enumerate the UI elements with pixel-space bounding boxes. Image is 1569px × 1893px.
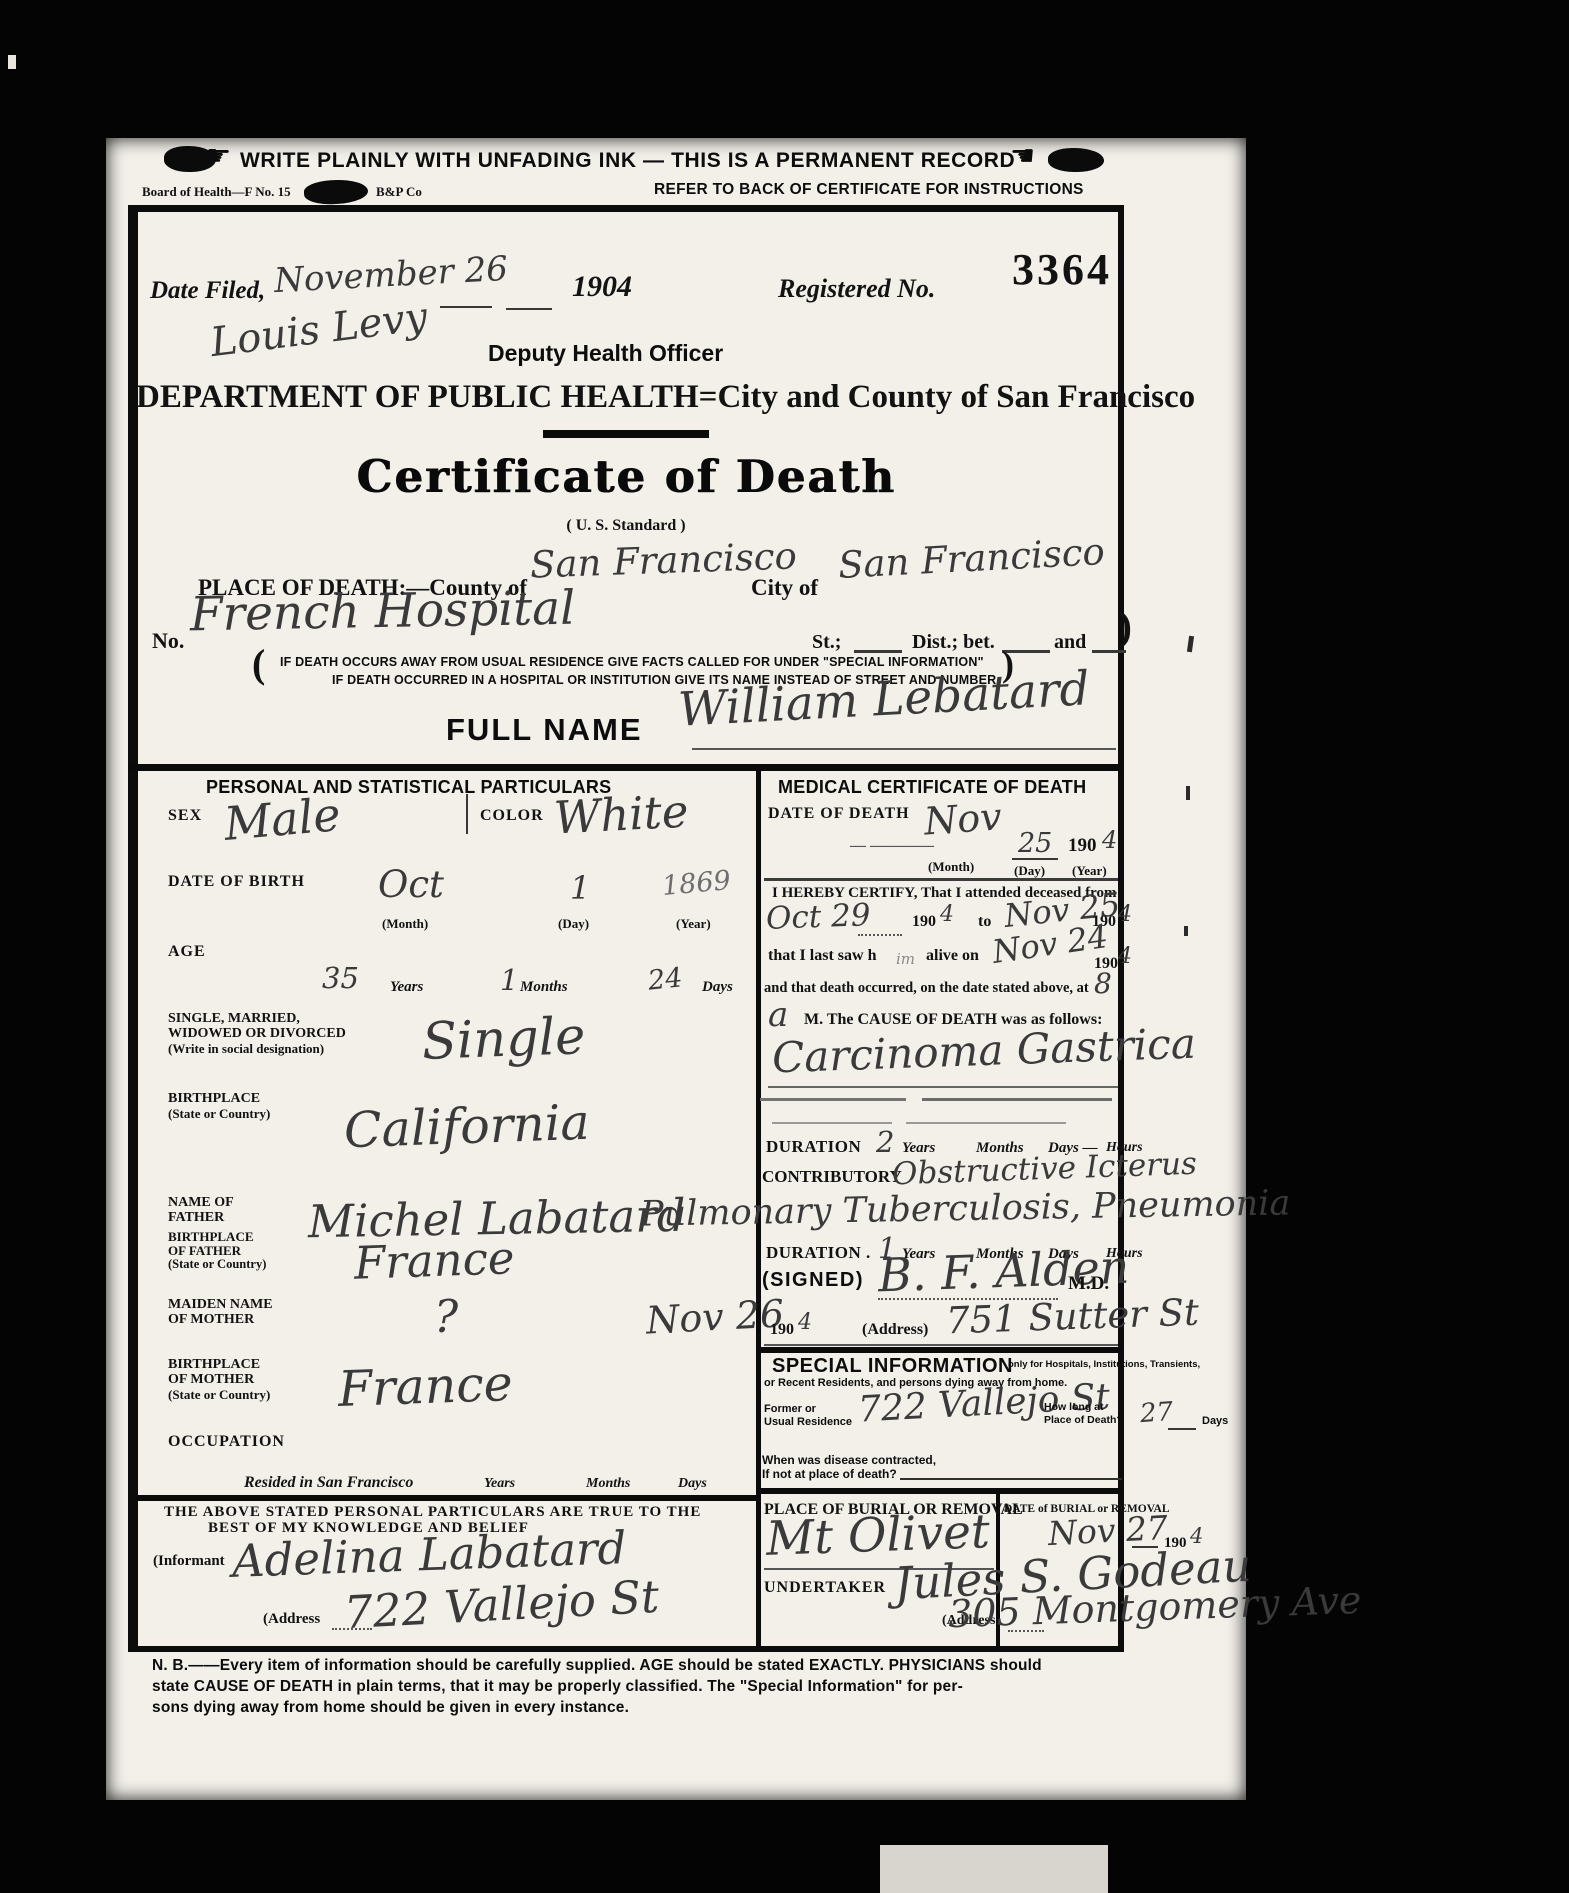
scan-speck bbox=[1184, 926, 1188, 936]
informant-address-label: (Address bbox=[263, 1612, 320, 1627]
printer-stamp bbox=[303, 178, 368, 205]
last-saw-him: im bbox=[896, 952, 915, 967]
father-birthplace-label-1: BIRTHPLACE bbox=[168, 1230, 254, 1243]
sex-value: Male bbox=[222, 791, 342, 847]
informant-label: (Informant bbox=[153, 1554, 225, 1569]
paren-open-note: ( bbox=[252, 644, 265, 684]
last-saw-year-digit: 4 bbox=[1118, 946, 1132, 968]
special-info-top-rule bbox=[756, 1347, 1124, 1353]
date-of-death-label: DATE OF DEATH bbox=[768, 806, 910, 822]
signed-address-label: (Address) bbox=[862, 1322, 928, 1338]
dob-label: DATE OF BIRTH bbox=[168, 874, 305, 890]
dod-year-digit: 4 bbox=[1102, 828, 1117, 852]
residence-note-line1: IF DEATH OCCURS AWAY FROM USUAL RESIDENC… bbox=[280, 656, 984, 669]
signed-address-value: 751 Sutter St bbox=[945, 1294, 1199, 1340]
scan-speck bbox=[1187, 636, 1194, 653]
dod-year-preprint: 190 bbox=[1068, 836, 1097, 855]
last-saw-text-2: alive on bbox=[926, 948, 979, 964]
contributory-value-2: Pulmonary Tuberculosis, Pneumonia bbox=[640, 1186, 1291, 1232]
dod-day-value: 25 bbox=[1018, 830, 1052, 857]
signed-date-value: Nov 26 bbox=[645, 1294, 785, 1339]
duration2-label: DURATION . bbox=[766, 1244, 871, 1261]
scan-background: ☛ WRITE PLAINLY WITH UNFADING INK — THIS… bbox=[0, 0, 1569, 1893]
hospital-value: French Hospital bbox=[190, 585, 576, 639]
left-column-rule bbox=[133, 1495, 756, 1501]
from-year-digit: 4 bbox=[940, 904, 954, 926]
cause-of-death-value: Carcinoma Gastrica bbox=[771, 1023, 1196, 1080]
former-residence-label-1: Former or bbox=[764, 1404, 816, 1415]
resided-months-label: Months bbox=[586, 1477, 630, 1491]
disease-contracted-label-2: If not at place of death? bbox=[762, 1468, 897, 1480]
dob-day-value: 1 bbox=[570, 872, 590, 904]
age-years-value: 35 bbox=[322, 964, 359, 993]
resided-years-label: Years bbox=[484, 1477, 515, 1491]
mother-maiden-label-2: OF MOTHER bbox=[168, 1313, 254, 1327]
mother-birthplace-label-2: OF MOTHER bbox=[168, 1373, 254, 1387]
certificate-title: Certificate of Death bbox=[106, 454, 1146, 499]
footnote-line-2: state CAUSE OF DEATH in plain terms, tha… bbox=[152, 1679, 963, 1695]
marital-value: Single bbox=[421, 1011, 586, 1068]
color-value: White bbox=[553, 789, 690, 841]
dod-month-value: Nov bbox=[923, 797, 1003, 840]
contributory-label: CONTRIBUTORY bbox=[762, 1168, 902, 1185]
full-name-label: FULL NAME bbox=[446, 714, 643, 745]
manicule-right-icon: ☛ bbox=[206, 142, 231, 170]
how-long-value: 27 bbox=[1139, 1399, 1174, 1427]
death-occurred-text: and that death occurred, on the date sta… bbox=[764, 981, 1089, 996]
manicule-left-icon: ☚ bbox=[1010, 142, 1035, 170]
am-value: a bbox=[768, 998, 788, 1032]
footnote-line-1: N. B.——Every item of information should … bbox=[152, 1658, 1042, 1674]
duration1-years-label: Years bbox=[902, 1141, 935, 1156]
medical-section-title: MEDICAL CERTIFICATE OF DEATH bbox=[778, 778, 1086, 796]
mother-birthplace-label-3: (State or Country) bbox=[168, 1388, 270, 1401]
birthplace-value: California bbox=[343, 1098, 590, 1156]
blank-dashes: — ———— bbox=[850, 838, 934, 854]
father-birthplace-label-3: (State or Country) bbox=[168, 1258, 266, 1271]
disease-contracted-label-1: When was disease contracted, bbox=[762, 1454, 936, 1466]
mother-birthplace-value: France bbox=[337, 1359, 513, 1414]
how-long-days-label: Days bbox=[1202, 1416, 1228, 1427]
signed-label: (SIGNED) bbox=[762, 1270, 864, 1290]
mother-maiden-label-1: MAIDEN NAME bbox=[168, 1298, 273, 1312]
scan-artifact bbox=[880, 1845, 1108, 1893]
dob-year-sublabel: (Year) bbox=[676, 917, 711, 930]
department-title: DEPARTMENT OF PUBLIC HEALTH=City and Cou… bbox=[136, 381, 1116, 414]
marital-label-2: WIDOWED OR DIVORCED bbox=[168, 1027, 346, 1041]
age-months-value: 1 bbox=[500, 966, 518, 995]
how-long-label-2: Place of Death? bbox=[1044, 1415, 1123, 1426]
special-info-title: SPECIAL INFORMATION bbox=[772, 1356, 1013, 1376]
ink-blot bbox=[1048, 148, 1104, 172]
attestation-line-1: THE ABOVE STATED PERSONAL PARTICULARS AR… bbox=[164, 1505, 701, 1520]
scan-speck bbox=[1186, 786, 1190, 800]
former-residence-label-2: Usual Residence bbox=[764, 1417, 852, 1428]
banner-notice: WRITE PLAINLY WITH UNFADING INK — THIS I… bbox=[240, 150, 1015, 171]
form-id-right: B&P Co bbox=[376, 185, 422, 198]
registered-no-value: 3364 bbox=[1012, 248, 1112, 292]
form-id-left: Board of Health—F No. 15 bbox=[142, 185, 291, 198]
dod-day-sublabel: (Day) bbox=[1014, 864, 1045, 877]
attended-from-value: Oct 29 bbox=[765, 900, 871, 935]
dob-month-sublabel: (Month) bbox=[382, 917, 428, 930]
date-filed-year: 1904 bbox=[572, 272, 632, 302]
resided-days-label: Days bbox=[678, 1477, 707, 1491]
last-saw-text-1: that I last saw h bbox=[768, 948, 876, 964]
street-no-label: No. bbox=[152, 630, 184, 652]
marital-label-1: SINGLE, MARRIED, bbox=[168, 1012, 300, 1026]
health-officer-title: Deputy Health Officer bbox=[488, 342, 723, 365]
how-long-label-1: How long at bbox=[1044, 1402, 1104, 1413]
father-name-label-2: FATHER bbox=[168, 1211, 224, 1225]
to-label: to bbox=[978, 914, 991, 930]
contributory-value-1: Obstructive Icterus bbox=[892, 1149, 1198, 1191]
signed-year-preprint: 190 bbox=[770, 1322, 794, 1338]
color-label: COLOR bbox=[480, 808, 544, 824]
undertaker-label: UNDERTAKER bbox=[764, 1580, 886, 1596]
title-divider bbox=[543, 430, 709, 438]
st-label: St.; bbox=[812, 632, 841, 652]
age-years-sublabel: Years bbox=[390, 980, 423, 995]
refer-notice: REFER TO BACK OF CERTIFICATE FOR INSTRUC… bbox=[654, 182, 1084, 198]
section-divider-rule bbox=[128, 764, 1124, 771]
burial-top-rule bbox=[756, 1488, 1124, 1494]
age-days-sublabel: Days bbox=[702, 980, 733, 995]
birthplace-label-1: BIRTHPLACE bbox=[168, 1092, 260, 1106]
date-filed-label: Date Filed, bbox=[150, 278, 265, 303]
mother-birthplace-label-1: BIRTHPLACE bbox=[168, 1358, 260, 1372]
death-hour-value: 8 bbox=[1094, 970, 1112, 998]
dist-label: Dist.; bet. bbox=[912, 632, 995, 652]
signed-year-digit: 4 bbox=[798, 1312, 812, 1334]
dob-month-value: Oct bbox=[378, 866, 444, 903]
document-page: ☛ WRITE PLAINLY WITH UNFADING INK — THIS… bbox=[106, 138, 1246, 1800]
footnote-line-3: sons dying away from home should be give… bbox=[152, 1700, 629, 1716]
dob-day-sublabel: (Day) bbox=[558, 917, 589, 930]
paren-close-big: ) bbox=[1118, 606, 1132, 648]
father-birthplace-value: France bbox=[353, 1235, 515, 1286]
resided-label: Resided in San Francisco bbox=[244, 1475, 413, 1491]
special-info-subtitle-1: only for Hospitals, Institutions, Transi… bbox=[1008, 1360, 1200, 1370]
dod-year-sublabel: (Year) bbox=[1072, 864, 1107, 877]
to-year-digit: 4 bbox=[1118, 904, 1132, 926]
father-name-label-1: NAME OF bbox=[168, 1196, 234, 1210]
duration1-label: DURATION bbox=[766, 1138, 861, 1155]
and-label: and bbox=[1054, 632, 1086, 652]
sex-label: SEX bbox=[168, 808, 202, 824]
duration1-value: 2 bbox=[876, 1128, 894, 1157]
dod-month-sublabel: (Month) bbox=[928, 860, 974, 873]
md-label: M.D. bbox=[1068, 1274, 1109, 1293]
certificate-standard: ( U. S. Standard ) bbox=[106, 518, 1146, 534]
age-label: AGE bbox=[168, 944, 206, 960]
marital-label-3: (Write in social designation) bbox=[168, 1042, 324, 1055]
age-months-sublabel: Months bbox=[520, 980, 568, 995]
scan-speck bbox=[8, 55, 16, 69]
age-days-value: 24 bbox=[647, 964, 684, 994]
city-label: City of bbox=[751, 576, 818, 599]
mother-maiden-value: ? bbox=[434, 1294, 458, 1339]
occupation-label: OCCUPATION bbox=[168, 1434, 285, 1450]
dob-year-value: 1869 bbox=[661, 867, 732, 900]
registered-no-label: Registered No. bbox=[778, 276, 935, 302]
father-birthplace-label-2: OF FATHER bbox=[168, 1244, 241, 1257]
birthplace-label-2: (State or Country) bbox=[168, 1107, 270, 1120]
from-year-preprint: 190 bbox=[912, 914, 936, 930]
